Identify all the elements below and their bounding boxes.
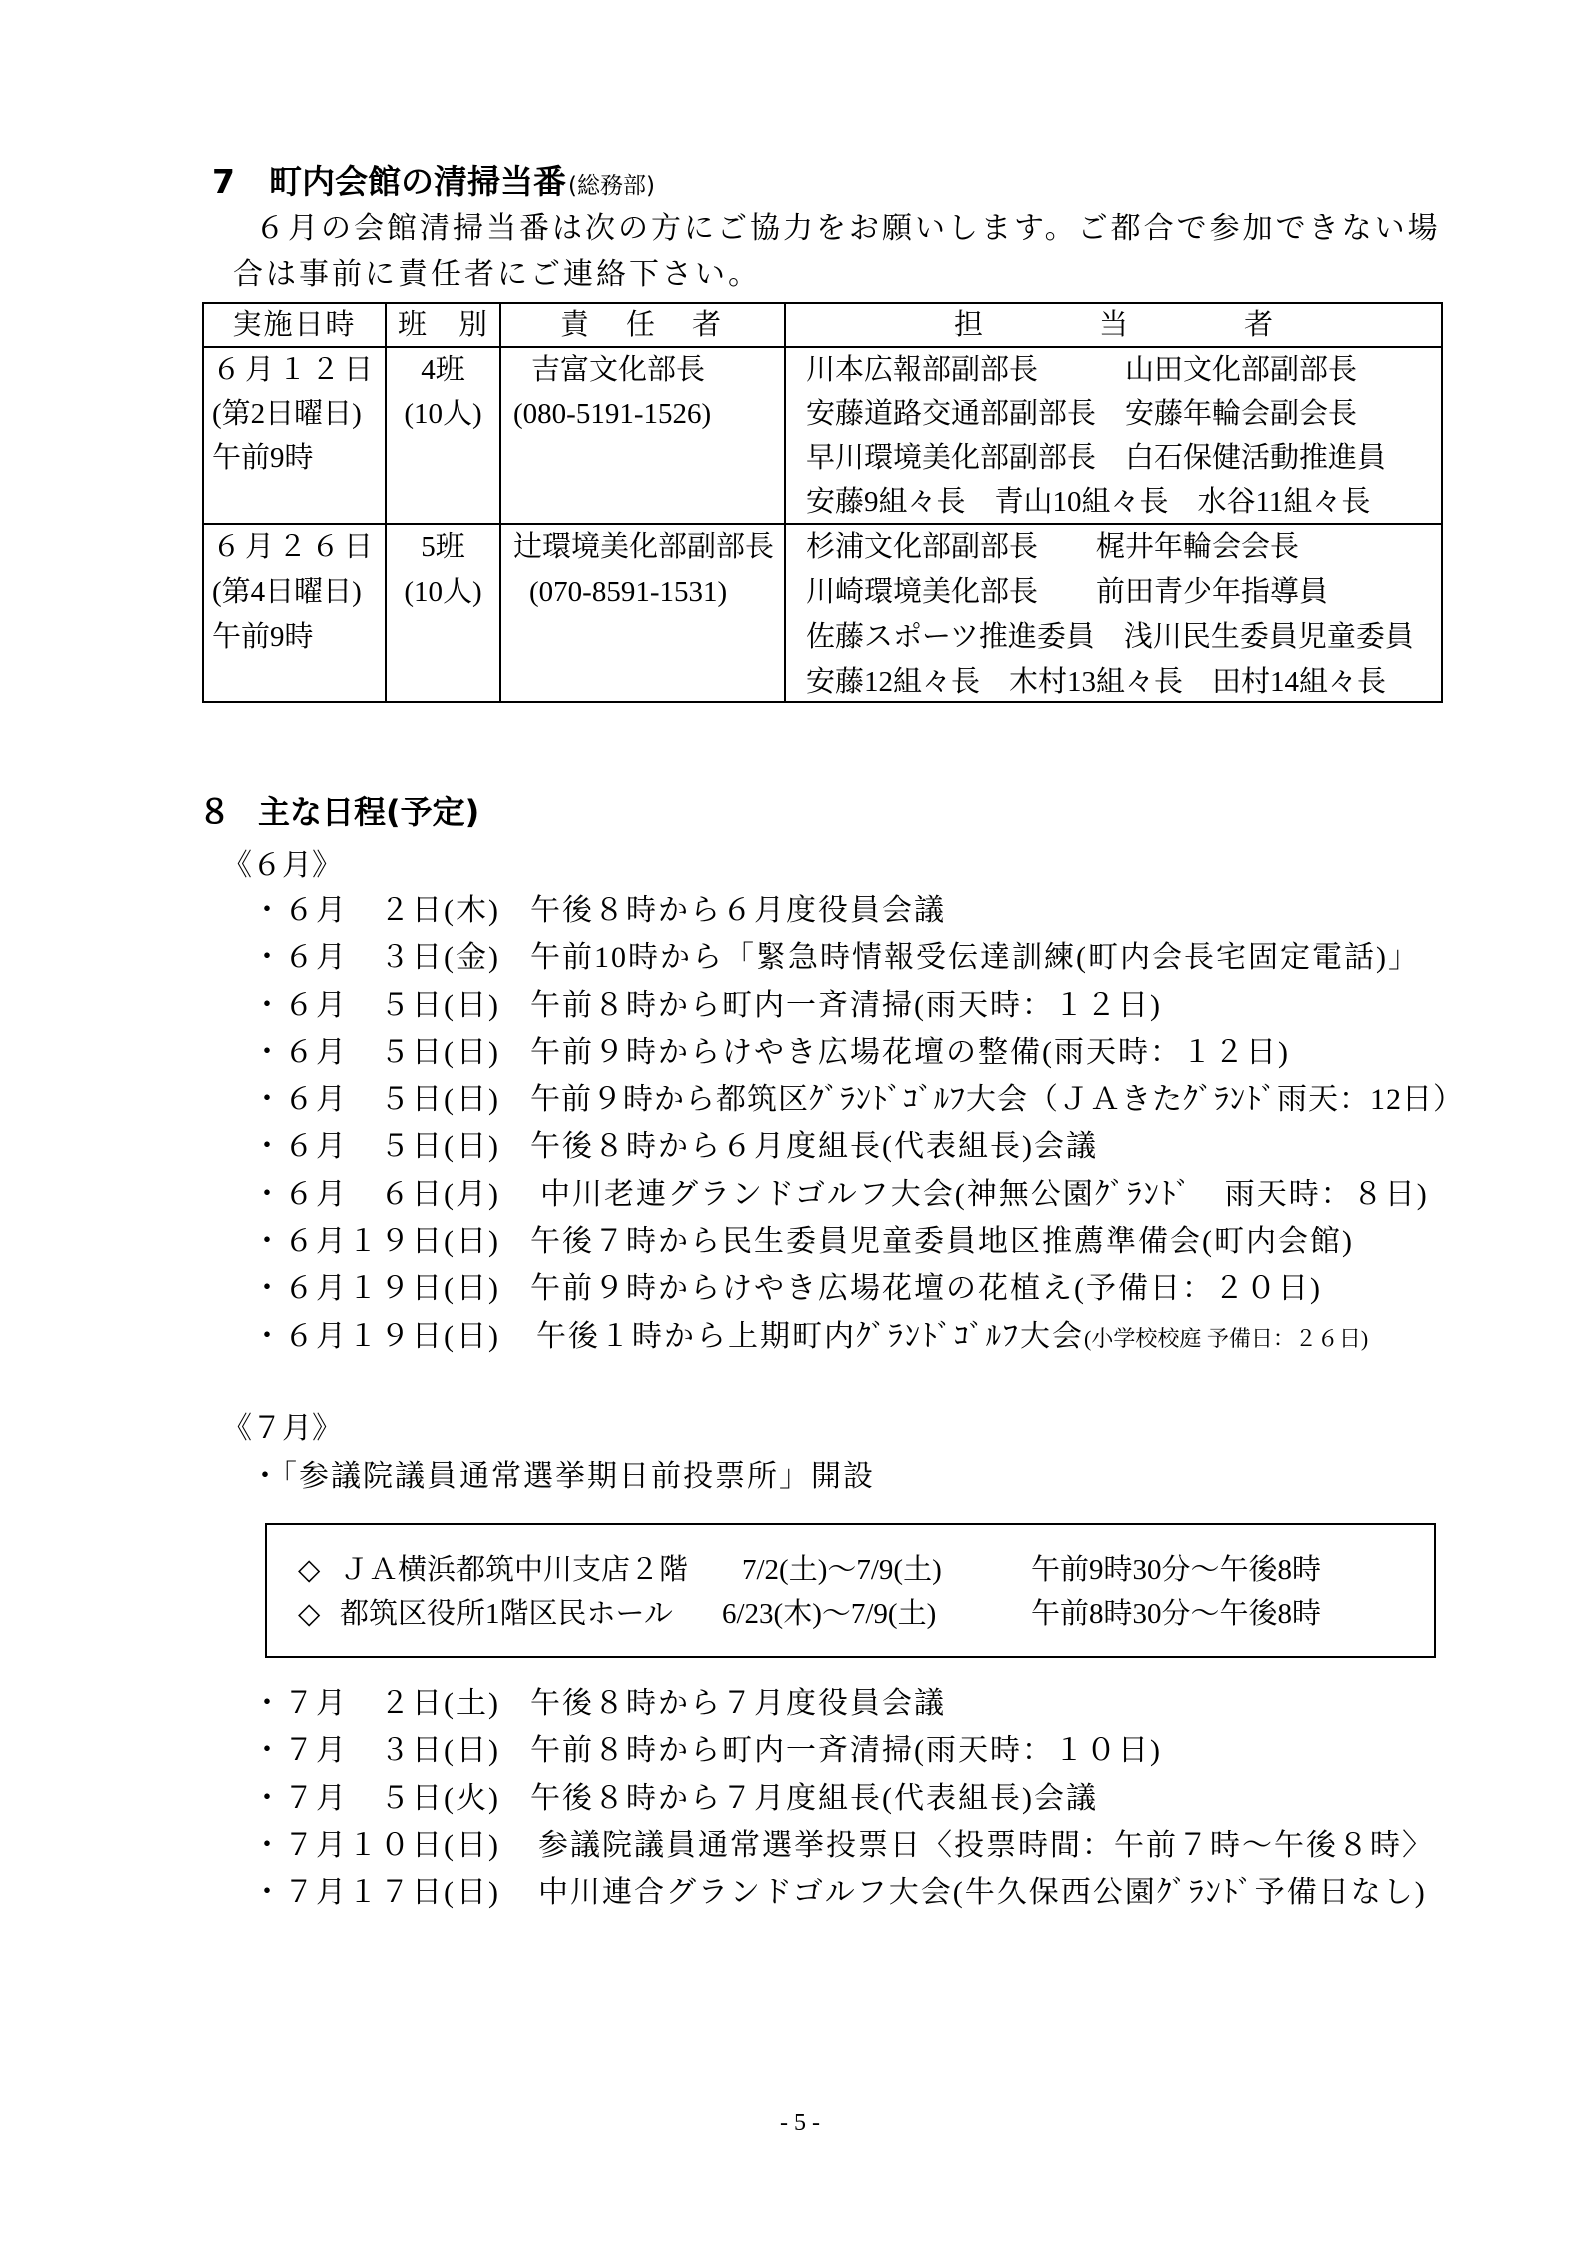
row-1-leader-phone: (080-5191-1526) (513, 392, 784, 436)
schedule-note: (小学校校庭 予備日：２６日) (1084, 1326, 1368, 1351)
schedule-text: 午後８時から６月度役員会議 (530, 887, 946, 934)
row-2-weekday: (第4日曜日) (212, 570, 385, 615)
schedule-item: ・７月 ５日(火)午後８時から７月度組長(代表組長)会議 (252, 1775, 1512, 1822)
schedule-item: ・６月 ５日(日)午前８時から町内一斉清掃(雨天時：１２日) (252, 982, 1512, 1029)
schedule-item: ・６月 ６日(月)中川老連グランドゴルフ大会(神無公園ｸﾞﾗﾝﾄﾞ 雨天時：８日… (252, 1171, 1512, 1218)
voting-dates: 7/2(土)～7/9(土) (742, 1548, 942, 1592)
row-1-date: ６月１２日 (212, 348, 385, 392)
schedule-item: ・６月１９日(日)午前９時からけやき広場花壇の花植え(予備日：２０日) (252, 1265, 1512, 1312)
row-1-members-line: 安藤道路交通部副部長 安藤年輪会副会長 (806, 392, 1441, 436)
row-2-date-cell: ６月２６日 (第4日曜日) 午前9時 (204, 525, 387, 701)
schedule-date: ・６月 ５日(日) (252, 982, 500, 1029)
row-1-group-size: (10人) (387, 392, 499, 436)
schedule-date: ・６月１９日(日) (252, 1313, 500, 1360)
row-1-weekday: (第2日曜日) (212, 392, 385, 436)
schedule-text: 午前９時からけやき広場花壇の整備(雨天時：１２日) (530, 1029, 1290, 1076)
document-page: 7 町内会館の清掃当番(総務部) ６月の会館清掃当番は次の方にご協力をお願いしま… (0, 0, 1587, 2245)
section-7-heading: 町内会館の清掃当番(総務部) (269, 162, 655, 206)
row-2-group-size: (10人) (387, 570, 499, 615)
page-number: - 5 - (700, 2105, 900, 2141)
row-2-leader-cell: 辻環境美化部副部長 (070-8591-1531) (501, 525, 786, 701)
schedule-text: 午前８時から町内一斉清掃(雨天時：１２日) (530, 982, 1162, 1029)
schedule-item: ・６月 ５日(日)午前９時から都筑区ｸﾞﾗﾝﾄﾞｺﾞﾙﾌ大会（ＪＡきたｸﾞﾗﾝﾄ… (252, 1076, 1512, 1123)
voting-dates: 6/23(木)～7/9(土) (722, 1592, 936, 1636)
schedule-text: 午前８時から町内一斉清掃(雨天時：１０日) (530, 1727, 1162, 1774)
schedule-date: ・６月１９日(日) (252, 1265, 500, 1312)
schedule-date: ・６月 ２日(木) (252, 887, 500, 934)
diamond-icon: ◇ (298, 1548, 320, 1592)
diamond-icon: ◇ (298, 1592, 320, 1636)
july-heading: 《７月》 (222, 1411, 342, 1447)
row-2-group-cell: 5班 (10人) (387, 525, 501, 701)
section-7-paragraph-line-1: ６月の会館清掃当番は次の方にご協力をお願いします。ご都合で参加できない場 (255, 211, 1441, 247)
early-voting-title: ・「参議院議員通常選挙期日前投票所」開設 (250, 1459, 875, 1495)
voting-place: 都筑区役所1階区民ホール (340, 1592, 673, 1636)
row-2-members-line: 安藤12組々長 木村13組々長 田村14組々長 (806, 660, 1441, 701)
schedule-date: ・７月１７日(日) (252, 1869, 500, 1916)
schedule-date: ・６月 ５日(日) (252, 1076, 500, 1123)
voting-hours: 午前8時30分～午後8時 (1031, 1592, 1321, 1636)
section-7-dept: (総務部) (568, 173, 655, 199)
row-2-leader-name: 辻環境美化部副部長 (513, 525, 784, 570)
schedule-date: ・６月 ３日(金) (252, 934, 500, 981)
schedule-item: ・７月１０日(日)参議院議員通常選挙投票日〈投票時間：午前７時～午後８時〉 (252, 1822, 1512, 1869)
schedule-date: ・６月 ５日(日) (252, 1123, 500, 1170)
schedule-text: 午後８時から７月度役員会議 (530, 1680, 946, 1727)
schedule-text: 午前９時から都筑区ｸﾞﾗﾝﾄﾞｺﾞﾙﾌ大会（ＪＡきたｸﾞﾗﾝﾄﾞ雨天：12日） (530, 1076, 1464, 1123)
row-1-leader-cell: 吉富文化部長 (080-5191-1526) (501, 348, 786, 525)
schedule-text: 参議院議員通常選挙投票日〈投票時間：午前７時～午後８時〉 (538, 1822, 1434, 1869)
section-7-number: 7 (212, 162, 235, 202)
row-1-members-line: 川本広報部副部長 山田文化部副部長 (806, 348, 1441, 392)
schedule-date: ・７月 ５日(火) (252, 1775, 500, 1822)
voting-hours: 午前9時30分～午後8時 (1031, 1548, 1321, 1592)
header-leader: 責 任 者 (501, 304, 786, 348)
schedule-text: 中川連合グランドゴルフ大会(牛久保西公園ｸﾞﾗﾝﾄﾞ予備日なし) (538, 1869, 1427, 1916)
section-8-title: 主な日程(予定) (258, 792, 479, 832)
schedule-item: ・７月 ３日(日)午前８時から町内一斉清掃(雨天時：１０日) (252, 1727, 1512, 1774)
schedule-item: ・６月１９日(日)午後１時から上期町内ｸﾞﾗﾝﾄﾞｺﾞﾙﾌ大会(小学校校庭 予備… (252, 1313, 1512, 1360)
row-2-leader-phone: (070-8591-1531) (513, 570, 784, 615)
voting-place: ＪＡ横浜都筑中川支店２階 (340, 1548, 688, 1592)
voting-location: ◇ 都筑区役所1階区民ホール 6/23(木)～7/9(土) 午前8時30分～午後… (267, 1592, 1434, 1636)
schedule-item: ・６月 ２日(木)午後８時から６月度役員会議 (252, 887, 1512, 934)
row-1-leader-name: 吉富文化部長 (513, 348, 784, 392)
schedule-item: ・６月 ３日(金)午前10時から「緊急時情報受伝達訓練(町内会長宅固定電話)」 (252, 934, 1512, 981)
row-2-members-line: 杉浦文化部副部長 梶井年輪会会長 (806, 525, 1441, 570)
schedule-item: ・７月 ２日(土)午後８時から７月度役員会議 (252, 1680, 1512, 1727)
schedule-date: ・７月１０日(日) (252, 1822, 500, 1869)
row-2-members-cell: 杉浦文化部副部長 梶井年輪会会長 川崎環境美化部長 前田青少年指導員 佐藤スポー… (786, 525, 1441, 701)
section-7-paragraph-line-2: 合は事前に責任者にご連絡下さい。 (233, 257, 761, 293)
schedule-text: 午後８時から７月度組長(代表組長)会議 (530, 1775, 1098, 1822)
row-2-date: ６月２６日 (212, 525, 385, 570)
july-schedule-list: ・７月 ２日(土)午後８時から７月度役員会議 ・７月 ３日(日)午前８時から町内… (252, 1680, 1512, 1916)
header-group: 班 別 (387, 304, 501, 348)
row-1-members-line: 早川環境美化部副部長 白石保健活動推進員 (806, 436, 1441, 480)
row-1-date-cell: ６月１２日 (第2日曜日) 午前9時 (204, 348, 387, 525)
early-voting-box: ◇ ＪＡ横浜都筑中川支店２階 7/2(土)～7/9(土) 午前9時30分～午後8… (265, 1523, 1436, 1658)
schedule-text: 午後８時から６月度組長(代表組長)会議 (530, 1123, 1098, 1170)
row-1-members-line: 安藤9組々長 青山10組々長 水谷11組々長 (806, 480, 1441, 524)
schedule-date: ・７月 ２日(土) (252, 1680, 500, 1727)
row-1-time: 午前9時 (212, 436, 385, 480)
header-date: 実施日時 (204, 304, 387, 348)
schedule-item: ・７月１７日(日)中川連合グランドゴルフ大会(牛久保西公園ｸﾞﾗﾝﾄﾞ予備日なし… (252, 1869, 1512, 1916)
schedule-item: ・６月 ５日(日)午後８時から６月度組長(代表組長)会議 (252, 1123, 1512, 1170)
schedule-text: 午前10時から「緊急時情報受伝達訓練(町内会長宅固定電話)」 (530, 934, 1420, 981)
schedule-text: 午前９時からけやき広場花壇の花植え(予備日：２０日) (530, 1265, 1322, 1312)
header-members: 担 当 者 (786, 304, 1441, 348)
schedule-date: ・６月１９日(日) (252, 1218, 500, 1265)
row-2-members-line: 川崎環境美化部長 前田青少年指導員 (806, 570, 1441, 615)
row-2-members-line: 佐藤スポーツ推進委員 浅川民生委員児童委員 (806, 615, 1441, 660)
cleaning-duty-table: 実施日時 班 別 責 任 者 担 当 者 ６月１２日 (第2日曜日) 午前9時 … (202, 302, 1443, 703)
section-8-number: ８ (198, 792, 231, 832)
schedule-text: 午後７時から民生委員児童委員地区推薦準備会(町内会館) (530, 1218, 1354, 1265)
section-7-title: 町内会館の清掃当番 (269, 162, 566, 201)
row-1-group: 4班 (387, 348, 499, 392)
schedule-item: ・６月１９日(日)午後７時から民生委員児童委員地区推薦準備会(町内会館) (252, 1218, 1512, 1265)
june-schedule-list: ・６月 ２日(木)午後８時から６月度役員会議 ・６月 ３日(金)午前10時から「… (252, 887, 1512, 1360)
june-heading: 《６月》 (222, 848, 342, 884)
voting-location: ◇ ＪＡ横浜都筑中川支店２階 7/2(土)～7/9(土) 午前9時30分～午後8… (267, 1548, 1434, 1592)
row-1-group-cell: 4班 (10人) (387, 348, 501, 525)
row-2-group: 5班 (387, 525, 499, 570)
row-1-members-cell: 川本広報部副部長 山田文化部副部長 安藤道路交通部副部長 安藤年輪会副会長 早川… (786, 348, 1441, 525)
schedule-item: ・６月 ５日(日)午前９時からけやき広場花壇の整備(雨天時：１２日) (252, 1029, 1512, 1076)
schedule-date: ・６月 ５日(日) (252, 1029, 500, 1076)
schedule-text: 午後１時から上期町内ｸﾞﾗﾝﾄﾞｺﾞﾙﾌ大会 (536, 1320, 1084, 1353)
row-2-time: 午前9時 (212, 615, 385, 660)
schedule-date: ・７月 ３日(日) (252, 1727, 500, 1774)
schedule-date: ・６月 ６日(月) (252, 1171, 500, 1218)
schedule-text: 中川老連グランドゴルフ大会(神無公園ｸﾞﾗﾝﾄﾞ 雨天時：８日) (540, 1171, 1429, 1218)
